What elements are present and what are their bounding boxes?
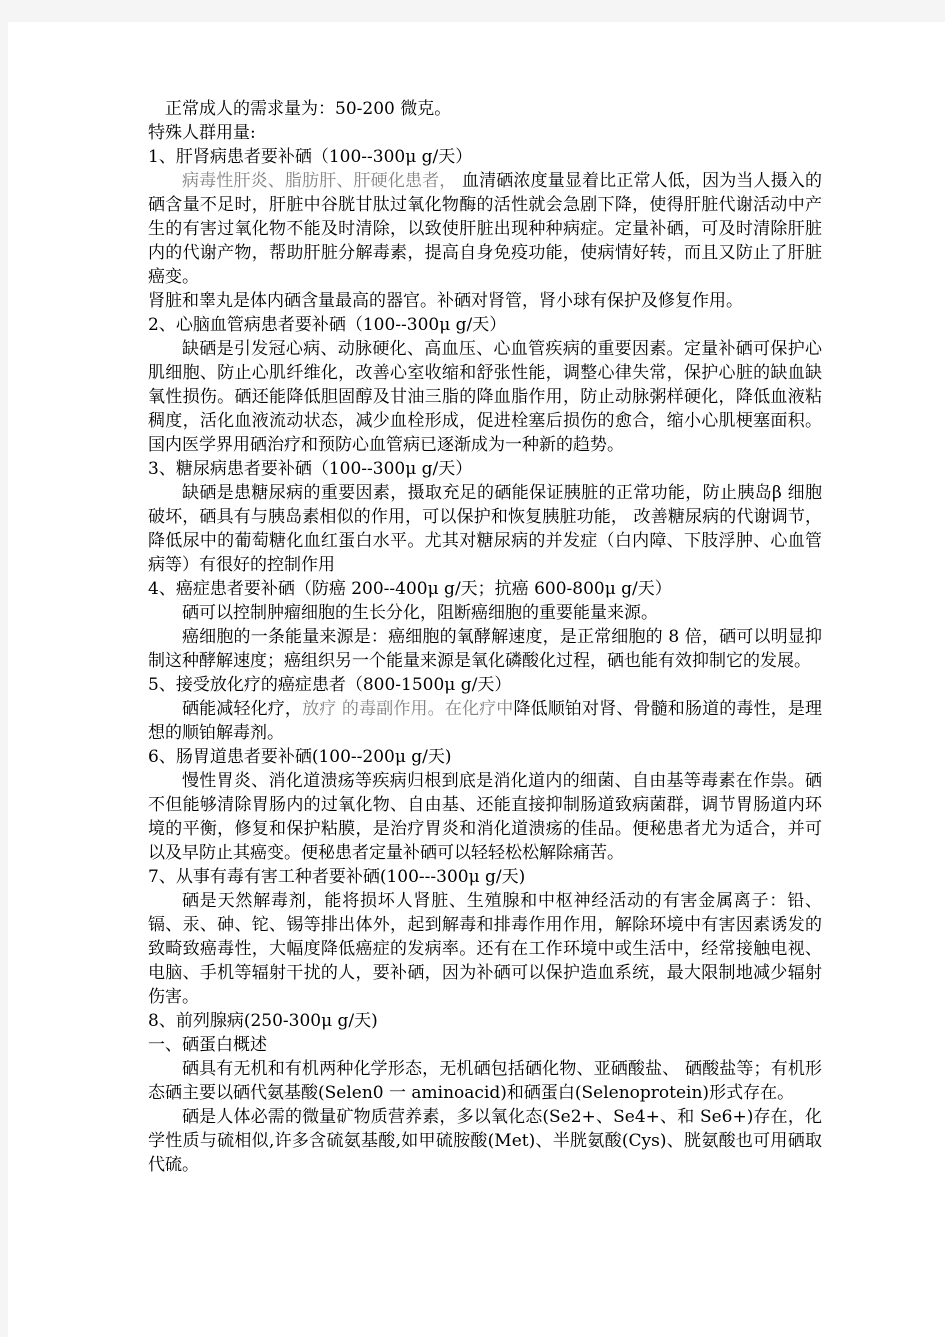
item-2-heading: 2、心脑血管病患者要补硒（100--300μ g/天）: [148, 313, 822, 337]
item-1-gray-text: 病毒性肝炎、脂肪肝、肝硬化患者，: [182, 171, 456, 191]
item-3-paragraph: 缺硒是患糖尿病的重要因素，摄取充足的硒能保证胰脏的正常功能，防止胰岛β 细胞破坏…: [148, 481, 822, 577]
viewer-left-strip: [0, 22, 8, 1337]
item-7-paragraph: 硒是天然解毒剂，能将损坏人肾脏、生殖腺和中枢神经活动的有害金属离子：铅、镉、汞、…: [148, 889, 822, 1009]
item-5-paragraph: 硒能减轻化疗，放疗 的毒副作用。在化疗中降低顺铂对肾、骨髓和肠道的毒性，是理想的…: [148, 697, 822, 745]
intro-line: 正常成人的需求量为：50-200 微克。: [148, 97, 822, 121]
item-5-body-text-1: 硒能减轻化疗，: [182, 699, 302, 719]
item-1-heading: 1、肝肾病患者要补硒（100--300μ g/天）: [148, 145, 822, 169]
item-4-paragraph-1: 硒可以控制肿瘤细胞的生长分化，阻断癌细胞的重要能量来源。: [148, 601, 822, 625]
special-population-heading: 特殊人群用量:: [148, 121, 822, 145]
item-5-gray-text: 放疗 的毒副作用。在化疗中: [302, 699, 513, 719]
viewer-top-bar: [0, 0, 945, 22]
item-1-paragraph-2: 肾脏和睾丸是体内硒含量最高的器官。补硒对肾管，肾小球有保护及修复作用。: [148, 289, 822, 313]
item-2-paragraph: 缺硒是引发冠心病、动脉硬化、高血压、心血管疾病的重要因素。定量补硒可保护心肌细胞…: [148, 337, 822, 457]
item-1-paragraph: 病毒性肝炎、脂肪肝、肝硬化患者， 血清硒浓度量显着比正常人低，因为当人摄入的硒含…: [148, 169, 822, 289]
item-6-heading: 6、肠胃道患者要补硒(100--200μ g/天): [148, 745, 822, 769]
item-4-heading: 4、癌症患者要补硒（防癌 200--400μ g/天；抗癌 600-800μ g…: [148, 577, 822, 601]
selenoprotein-heading: 一、硒蛋白概述: [148, 1033, 822, 1057]
item-5-heading: 5、接受放化疗的癌症患者（800-1500μ g/天）: [148, 673, 822, 697]
item-8-heading: 8、前列腺病(250-300μ g/天): [148, 1009, 822, 1033]
selenoprotein-paragraph-1: 硒具有无机和有机两种化学形态，无机硒包括硒化物、亚硒酸盐、 硒酸盐等；有机形态硒…: [148, 1057, 822, 1105]
item-3-heading: 3、糖尿病患者要补硒（100--300μ g/天）: [148, 457, 822, 481]
item-7-heading: 7、从事有毒有害工种者要补硒(100---300μ g/天): [148, 865, 822, 889]
item-4-paragraph-2: 癌细胞的一条能量来源是：癌细胞的氧酵解速度，是正常细胞的 8 倍，硒可以明显抑制…: [148, 625, 822, 673]
selenoprotein-paragraph-2: 硒是人体必需的微量矿物质营养素，多以氧化态(Se2+、Se4+、和 Se6+)存…: [148, 1105, 822, 1177]
item-6-paragraph: 慢性胃炎、消化道溃疡等疾病归根到底是消化道内的细菌、自由基等毒素在作祟。硒不但能…: [148, 769, 822, 865]
document-page: 正常成人的需求量为：50-200 微克。 特殊人群用量: 1、肝肾病患者要补硒（…: [8, 22, 945, 1337]
